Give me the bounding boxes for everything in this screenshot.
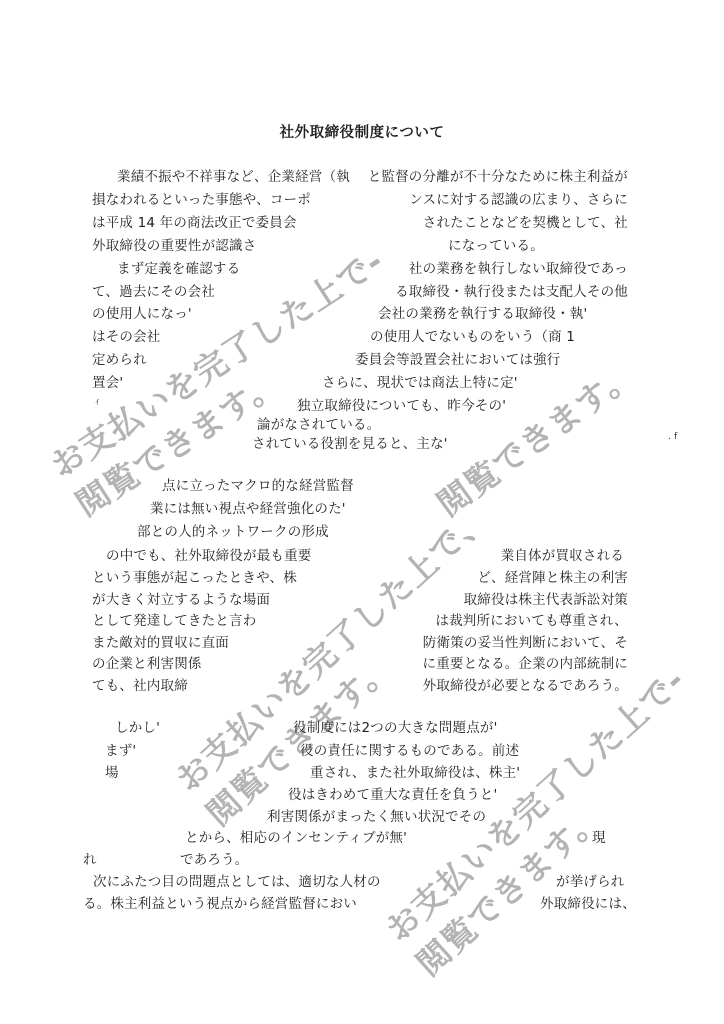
text-segment: 現	[592, 826, 606, 846]
text-segment: 置会'	[92, 371, 123, 391]
text-line: 次にふたつ目の問題点としては、適切な人材のが挙げられ	[0, 870, 724, 888]
text-segment: という事態が起こったときや、株	[92, 566, 297, 586]
text-line: が大きく対立するような場面取締役は株主代表訴訟対策	[0, 588, 724, 606]
text-line: 利害関係がまったく無い状況でその	[0, 805, 724, 823]
text-segment: が大きく対立するような場面	[92, 588, 270, 608]
text-line: ｨ独立取締役についても、昨今その'	[0, 394, 724, 412]
text-segment: 会社の業務を執行する取締役・執'	[378, 302, 587, 322]
text-line: として発達してきたと言わは裁判所においても尊重され、	[0, 609, 724, 627]
text-line: 場重され、また社外取締役は、株主'	[0, 761, 724, 779]
text-segment: 論がなされている。	[257, 413, 380, 433]
text-segment: と監督の分離が不十分なために株主利益が	[368, 165, 628, 185]
text-segment: 外取締役が必要となるであろう。	[423, 674, 628, 694]
text-line: は平成 14 年の商法改正で委員会されたことなどを契機として、社	[0, 211, 724, 229]
text-line: て、過去にその会社る取締役・執行役または支配人その他	[0, 280, 724, 298]
text-segment: 委員会等設置会社においては強行	[355, 348, 561, 368]
text-line: また敵対的買収に直面防衛策の妥当性判断において、そ	[0, 631, 724, 649]
text-line: 外取締役の重要性が認識さになっている。	[0, 234, 724, 252]
text-segment: ど、経営陣と株主の利害	[477, 566, 628, 586]
text-segment: ても、社内取締	[92, 674, 188, 694]
text-segment: まず定義を確認する	[117, 257, 240, 277]
text-segment: であろう。	[180, 848, 249, 868]
text-segment: 社の業務を執行しない取締役であっ	[409, 257, 628, 277]
text-segment: しかし'	[115, 716, 160, 736]
text-line: とから、相応のインセンティブが無'現	[0, 826, 724, 844]
text-segment: に重要となる。企業の内部統制に	[423, 652, 629, 672]
text-segment: る取締役・執行役または支配人その他	[395, 280, 628, 300]
text-line: という事態が起こったときや、株ど、経営陣と株主の利害	[0, 566, 724, 584]
text-segment: の使用人でないものをいう（商 1	[370, 325, 575, 345]
text-segment: の企業と利害関係	[92, 652, 202, 672]
text-segment: 役制度には2つの大きな問題点が'	[293, 716, 498, 736]
text-line: まず'役の責任に関するものである。前述	[0, 739, 724, 757]
text-segment: ｨ	[95, 394, 100, 407]
text-segment: 重され、また社外取締役は、株主'	[310, 761, 520, 781]
text-segment: の中でも、社外取締役が最も重要	[106, 544, 312, 564]
text-line: 部との人的ネットワークの形成	[0, 520, 724, 538]
text-segment: されたことなどを契機として、社	[423, 211, 628, 231]
text-line: の企業と利害関係に重要となる。企業の内部統制に	[0, 652, 724, 670]
text-segment: が挙げられ	[556, 870, 625, 890]
text-line: の中でも、社外取締役が最も重要業自体が買収される	[0, 544, 724, 562]
text-line: しかし'役制度には2つの大きな問題点が'	[0, 716, 724, 734]
text-line: ても、社内取締外取締役が必要となるであろう。	[0, 674, 724, 692]
text-segment: 業には無い視点や経営強化のた'	[150, 497, 346, 517]
text-segment: ンスに対する認識の広まり、さらに	[409, 188, 628, 208]
text-segment: 外取締役には、	[540, 892, 636, 912]
text-line: 点に立ったマクロ的な経営監督	[0, 474, 724, 492]
text-line: 論がなされている。	[0, 413, 724, 431]
text-line: 置会'さらに、現状では商法上特に定'	[0, 371, 724, 389]
text-segment: まず'	[105, 739, 136, 759]
document-page: お支払いを完了した上で-閲覧できます。お支払いを完了した上で、閲覧できます。閲覧…	[0, 0, 724, 1024]
text-line: 役はきわめて重大な責任を負うと'	[0, 783, 724, 801]
text-segment: 点に立ったマクロ的な経営監督	[162, 474, 354, 494]
text-segment: 定められ	[92, 348, 147, 368]
text-segment: 業績不振や不祥事など、企業経営（執	[117, 165, 350, 185]
text-segment: 独立取締役についても、昨今その'	[297, 394, 506, 414]
text-segment: 場	[105, 761, 119, 781]
text-segment: て、過去にその会社	[92, 280, 215, 300]
text-segment: の使用人になっ'	[92, 302, 192, 322]
text-segment: 次にふたつ目の問題点としては、適切な人材の	[93, 870, 381, 890]
text-segment: はその会社	[92, 325, 161, 345]
text-segment: として発達してきたと言わ	[92, 609, 256, 629]
text-segment: 業自体が買収される	[501, 544, 624, 564]
text-segment: は裁判所においても尊重され、	[435, 609, 628, 629]
text-segment: れ	[83, 848, 97, 868]
text-segment: 防衛策の妥当性判断において、そ	[423, 631, 628, 651]
text-segment: になっている。	[448, 234, 544, 254]
text-segment: さらに、現状では商法上特に定'	[322, 371, 518, 391]
text-segment: は平成 14 年の商法改正で委員会	[92, 211, 297, 231]
text-line: る。株主利益という視点から経営監督におい外取締役には、	[0, 892, 724, 910]
text-segment: とから、相応のインセンティブが無'	[185, 826, 407, 846]
text-line: はその会社の使用人でないものをいう（商 1	[0, 325, 724, 343]
text-layer: 業績不振や不祥事など、企業経営（執と監督の分離が不十分なために株主利益が損なわれ…	[0, 0, 724, 1024]
text-line: の使用人になっ'会社の業務を執行する取締役・執'	[0, 302, 724, 320]
text-segment: 利害関係がまったく無い状況でその	[267, 805, 486, 825]
text-line: 定められ委員会等設置会社においては強行	[0, 348, 724, 366]
text-segment: 取締役は株主代表訴訟対策	[464, 588, 628, 608]
text-line: 損なわれるといった事態や、コーポンスに対する認識の広まり、さらに	[0, 188, 724, 206]
text-line: まず定義を確認する社の業務を執行しない取締役であっ	[0, 257, 724, 275]
text-line: されている役割を見ると、主な'. f	[0, 432, 724, 450]
text-line: 業には無い視点や経営強化のた'	[0, 497, 724, 515]
text-segment: 役はきわめて重大な責任を負うと'	[288, 783, 497, 803]
text-segment: 部との人的ネットワークの形成	[137, 520, 329, 540]
text-segment: 外取締役の重要性が認識さ	[92, 234, 256, 254]
text-segment: . f	[668, 432, 678, 442]
text-segment: されている役割を見ると、主な'	[252, 432, 448, 452]
text-segment: 損なわれるといった事態や、コーポ	[92, 188, 311, 208]
text-segment: また敵対的買収に直面	[92, 631, 229, 651]
text-line: れであろう。	[0, 848, 724, 866]
text-segment: る。株主利益という視点から経営監督におい	[83, 892, 357, 912]
text-segment: 役の責任に関するものである。前述	[300, 739, 519, 759]
text-line: 業績不振や不祥事など、企業経営（執と監督の分離が不十分なために株主利益が	[0, 165, 724, 183]
